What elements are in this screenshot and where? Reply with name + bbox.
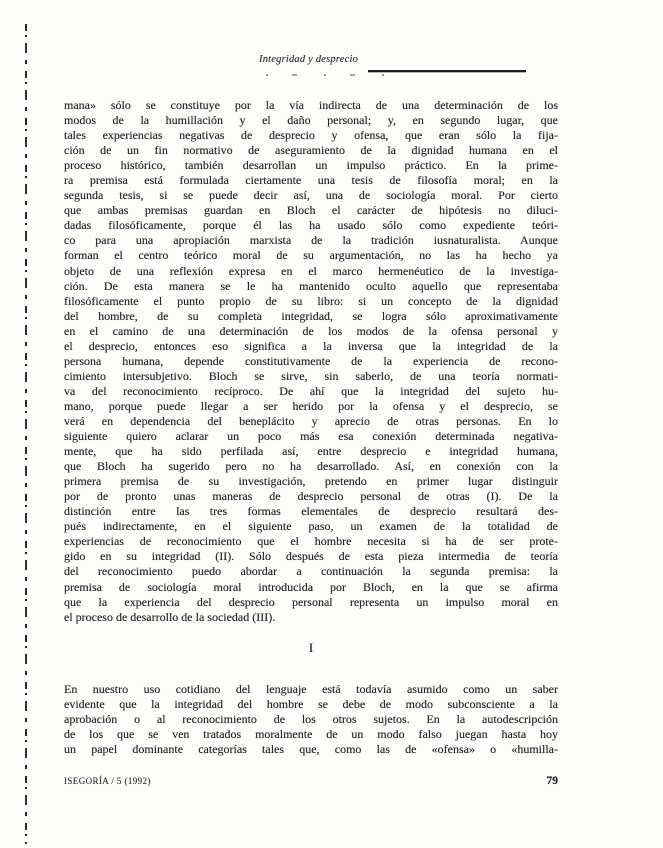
text-line: siguiente quiero aclarar un poco más esa… [64,429,558,444]
text-line: un papel dominante categorías tales que,… [64,742,558,757]
text-line: de los que se ven tratados moralmente de… [64,727,558,742]
text-line: el proceso de desarrollo de la sociedad … [64,610,558,625]
binding-dashed-line [25,24,27,844]
text-line: persona humana, depende constitutivament… [64,354,558,369]
article-body: mana» sólo se constituye por la vía indi… [64,98,558,757]
scanned-page: Integridad y desprecio mana» sólo se con… [0,0,663,848]
text-line: mana» sólo se constituye por la vía indi… [64,98,558,113]
text-line: modos de la humillación y el daño person… [64,113,558,128]
page-footer: ISEGORÍA / 5 (1992) 79 [64,775,558,787]
text-line: tales experiencias negativas de despreci… [64,128,558,143]
text-line: evidente que la integridad del hombre se… [64,697,558,712]
text-line: co para una apropiación marxista de la t… [64,233,558,248]
text-line: distinción entre las tres formas element… [64,504,558,519]
text-line: primera premisa de su investigación, pre… [64,474,558,489]
header-rule [368,70,526,72]
text-line: ra premisa está formulada ciertamente un… [64,173,558,188]
text-line: aprobación o al reconocimiento de los ot… [64,712,558,727]
running-header: Integridad y desprecio [0,52,663,82]
text-line: que la experiencia del desprecio persona… [64,595,558,610]
text-line: ción de un fin normativo de aseguramient… [64,143,558,158]
journal-line: ISEGORÍA / 5 (1992) [64,776,151,786]
text-line: por de pronto unas maneras de desprecio … [64,489,558,504]
text-line: ción. De esta manera se le ha mantenido … [64,279,558,294]
text-line: el desprecio, entonces eso significa a l… [64,339,558,354]
text-line: experiencias de reconocimiento que el ho… [64,534,558,549]
text-line: mente, que ha sido perfilada así, entre … [64,444,558,459]
page-number: 79 [547,775,559,787]
text-line: objeto de una reflexión expresa en el ma… [64,264,558,279]
text-line: del hombre, de su completa integridad, s… [64,309,558,324]
section-marker: I [64,640,558,655]
text-line: mano, porque puede llegar a ser herido p… [64,399,558,414]
text-line: verá en dependencia del beneplácito y ap… [64,414,558,429]
text-line: En nuestro uso cotidiano del lenguaje es… [64,682,558,697]
text-line: cimiento intersubjetivo. Bloch se sirve,… [64,369,558,384]
text-line: que Bloch ha sugerido pero no ha desarro… [64,459,558,474]
text-line: que ambas premisas guardan en Bloch el c… [64,203,558,218]
scan-noise [266,74,386,76]
text-line: dadas filosóficamente, porque él las ha … [64,218,558,233]
text-line: filosóficamente el punto propio de su li… [64,294,558,309]
text-line: en el camino de una determinación de los… [64,324,558,339]
text-line: va del reconocimiento recíproco. De ahí … [64,384,558,399]
text-line: proceso histórico, también desarrollan u… [64,158,558,173]
paragraph-1: mana» sólo se constituye por la vía indi… [64,98,558,625]
text-line: segunda tesis, si se puede decir así, un… [64,188,558,203]
text-line: gido en su integridad (II). Sólo después… [64,549,558,564]
paragraph-2: En nuestro uso cotidiano del lenguaje es… [64,682,558,757]
running-title: Integridad y desprecio [259,54,358,65]
text-line: premisa de sociología moral introducida … [64,580,558,595]
text-line: forman el centro teórico moral de su arg… [64,248,558,263]
text-line: pués indirectamente, en el siguiente pas… [64,519,558,534]
text-line: del reconocimiento puedo abordar a conti… [64,564,558,579]
